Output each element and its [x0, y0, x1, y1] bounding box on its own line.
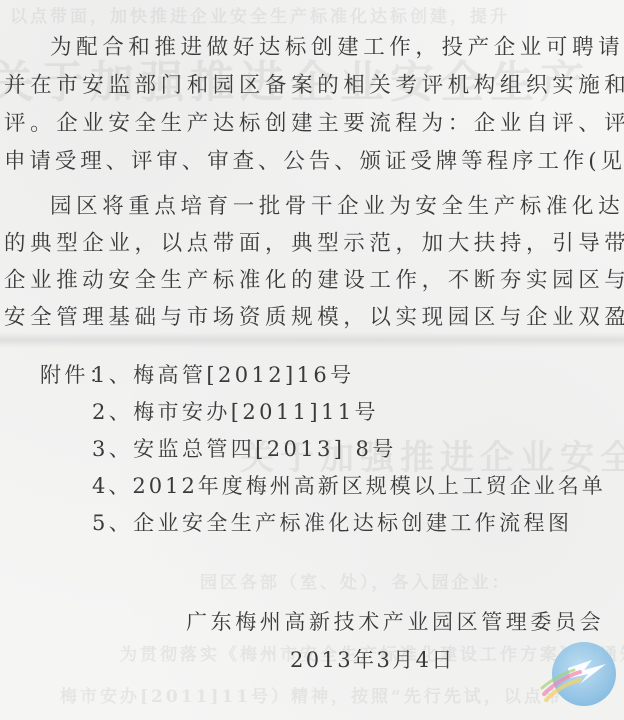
paragraph-line: 企业推动安全生产标准化的建设工作，不断夯实园区与企业的 — [4, 267, 624, 295]
issuing-organization: 广东梅州高新技术产业园区管理委员会 — [186, 608, 604, 636]
paragraph-line: 安全管理基础与市场资质规模，以实现园区与企业双盈发展。 — [4, 304, 624, 332]
paragraph-line: 园区将重点培育一批骨干企业为安全生产标准化达标创建 — [50, 193, 624, 221]
scanned-document-page: 以点带面，加快推进企业安全生产标准化达标创建，提升 关于加强推进企业安全生产 关… — [0, 0, 624, 720]
lightning-globe-logo-icon — [540, 638, 620, 718]
attachment-item: 1、梅高管[2012]16号 — [92, 361, 355, 389]
attachment-item: 5、企业安全生产标准化达标创建工作流程图 — [92, 509, 572, 537]
show-through-text-top: 以点带面，加快推进企业安全生产标准化达标创建，提升 — [10, 2, 510, 27]
paragraph-line: 的典型企业，以点带面，典型示范，加大扶持，引导带动园区 — [4, 230, 624, 258]
paragraph-line: 并在市安监部门和园区备案的相关考评机构组织实施和完成考 — [4, 72, 624, 100]
scan-smudge — [0, 332, 624, 348]
attachment-item: 2、梅市安办[2011]11号 — [92, 398, 379, 426]
show-through-line-c: 梅市安办[2011]11号）精神，按照“先行先试，以点带 — [60, 682, 564, 707]
issue-date: 2013年3月4日 — [290, 646, 455, 674]
paragraph-line: 评。企业安全生产达标创建主要流程为：企业自评、评审申请、 — [4, 110, 624, 138]
paragraph-line: 申请受理、评审、审查、公告、颁证受牌等程序工作(见附表5)。 — [4, 148, 624, 176]
attachment-item: 4、2012年度梅州高新区规模以上工贸企业名单 — [92, 472, 606, 500]
paragraph-line: 为配合和推进做好达标创建工作，投产企业可聘请有资质 — [50, 34, 624, 62]
show-through-line-a: 园区各部（室、处），各入园企业： — [200, 568, 512, 593]
attachment-item: 3、安监总管四[2013] 8号 — [92, 435, 397, 463]
